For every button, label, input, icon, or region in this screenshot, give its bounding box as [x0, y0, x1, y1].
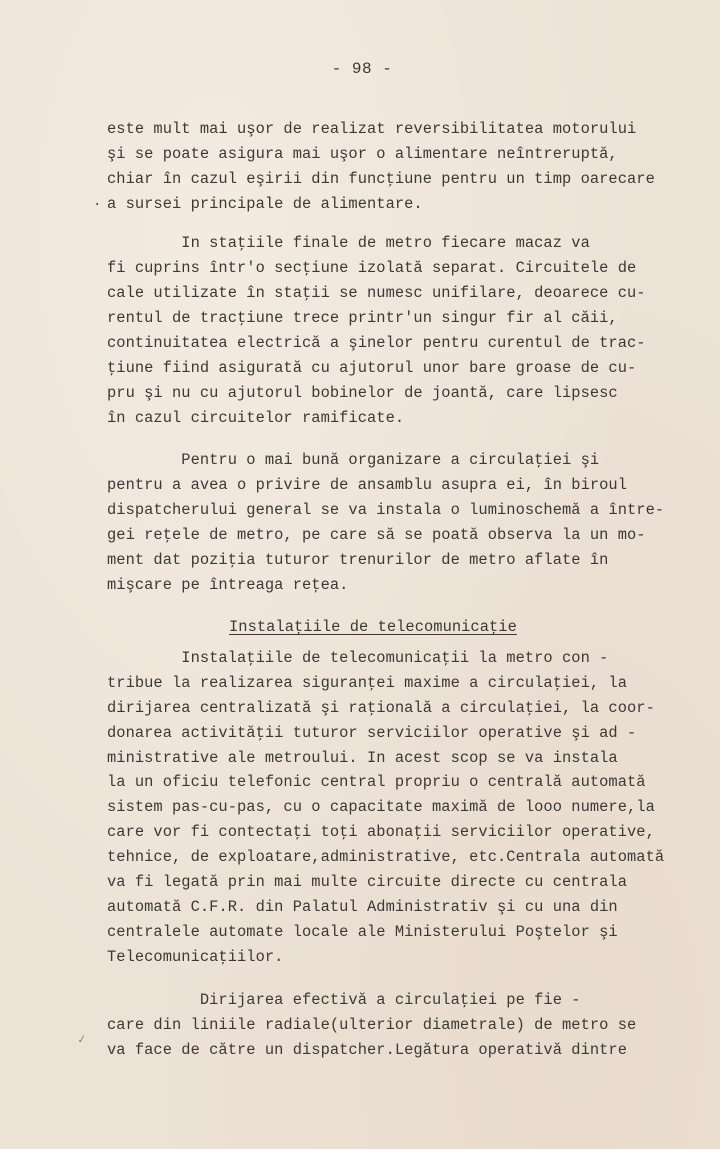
- text-line: va face de către un dispatcher.Legătura …: [107, 1040, 627, 1060]
- text-line: chiar în cazul eşirii din funcţiune pent…: [107, 169, 655, 189]
- text-line: în cazul circuitelor ramificate.: [107, 408, 404, 428]
- text-line: la un oficiu telefonic central propriu o…: [107, 772, 646, 792]
- margin-dot-mark: .: [93, 194, 101, 210]
- text-line: ţiune fiind asigurată cu ajutorul unor b…: [107, 358, 636, 378]
- text-line: va fi legată prin mai multe circuite dir…: [107, 872, 627, 892]
- text-line: tribue la realizarea siguranţei maxime a…: [107, 673, 627, 693]
- text-line: Instalaţiile de telecomunicaţii la metro…: [107, 648, 608, 668]
- text-line: Pentru o mai bună organizare a circulaţi…: [107, 450, 599, 470]
- text-line: care vor fi contectaţi toţi abonaţii ser…: [107, 822, 655, 842]
- text-line: dirijarea centralizată şi raţională a ci…: [107, 698, 655, 718]
- text-line: Dirijarea efectivă a circulaţiei pe fie …: [107, 990, 581, 1010]
- text-line: este mult mai uşor de realizat reversibi…: [107, 119, 636, 139]
- text-line: pentru a avea o privire de ansamblu asup…: [107, 475, 627, 495]
- text-line: ministrative ale metroului. In acest sco…: [107, 748, 618, 768]
- margin-pencil-mark: ✓: [77, 1031, 87, 1047]
- page-number: - 98 -: [0, 60, 720, 78]
- text-line: centralele automate locale ale Ministeru…: [107, 922, 618, 942]
- text-line: tehnice, de exploatare,administrative, e…: [107, 847, 664, 867]
- text-line: Telecomunicaţiilor.: [107, 947, 283, 967]
- text-line: ment dat poziţia tuturor trenurilor de m…: [107, 550, 608, 570]
- text-line: cale utilizate în staţii se numesc unifi…: [107, 283, 646, 303]
- text-line: continuitatea electrică a şinelor pentru…: [107, 333, 646, 353]
- text-line: rentul de tracţiune trece printr'un sing…: [107, 308, 618, 328]
- text-line: donarea activităţii tuturor serviciilor …: [107, 723, 636, 743]
- text-line: automată C.F.R. din Palatul Administrati…: [107, 897, 618, 917]
- document-page: - 98 - este mult mai uşor de realizat re…: [0, 0, 720, 1149]
- text-line: pru şi nu cu ajutorul bobinelor de joant…: [107, 383, 618, 403]
- text-line: sistem pas-cu-pas, cu o capacitate maxim…: [107, 797, 655, 817]
- text-line: şi se poate asigura mai uşor o alimentar…: [107, 144, 618, 164]
- text-line: fi cuprins într'o secţiune izolată separ…: [107, 258, 636, 278]
- section-heading: Instalaţiile de telecomunicaţie: [229, 617, 517, 637]
- text-line: gei reţele de metro, pe care să se poată…: [107, 525, 646, 545]
- text-line: mişcare pe întreaga reţea.: [107, 575, 348, 595]
- text-line: care din liniile radiale(ulterior diamet…: [107, 1015, 636, 1035]
- text-line: dispatcherului general se va instala o l…: [107, 500, 664, 520]
- text-line: In staţiile finale de metro fiecare maca…: [107, 233, 590, 253]
- text-line: a sursei principale de alimentare.: [107, 194, 423, 214]
